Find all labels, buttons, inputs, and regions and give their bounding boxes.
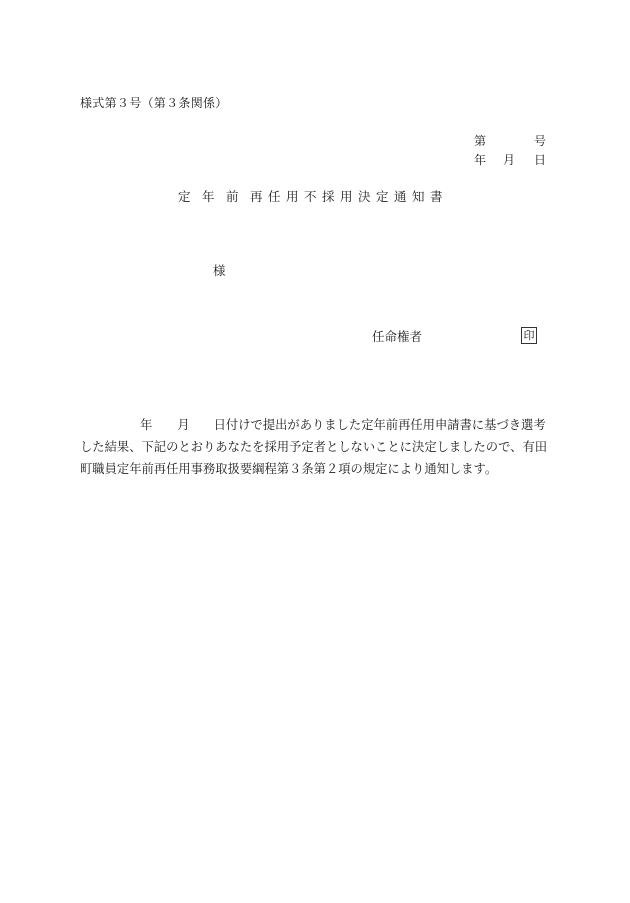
title-char: 採 xyxy=(322,191,335,204)
title-char: 年 xyxy=(202,191,215,204)
title-char: 知 xyxy=(412,191,425,204)
title-char: 任 xyxy=(268,191,281,204)
body-line-1: 年月日付けで提出がありました定年前再任用申請書に基づき選考 xyxy=(80,414,550,436)
date-year-label: 年 xyxy=(474,154,486,166)
body-year-label: 年 xyxy=(140,418,152,432)
body-month-label: 月 xyxy=(177,418,189,432)
title-char: 決 xyxy=(358,191,371,204)
form-number-label: 様式第３号（第３条関係） xyxy=(80,97,228,109)
date-month-label: 月 xyxy=(503,154,515,166)
body-line-1-text: 日付けで提出がありました定年前再任用申請書に基づき選考 xyxy=(214,418,546,432)
title-char: 定 xyxy=(376,191,389,204)
seal-icon: 印 xyxy=(521,327,537,344)
body-line-3: 町職員定年前再任用事務取扱要綱程第３条第２項の規定により通知します。 xyxy=(80,458,550,480)
appointer-label: 任命権者 xyxy=(372,331,422,344)
title-char: 用 xyxy=(286,191,299,204)
title-char: 通 xyxy=(394,191,407,204)
notice-body: 年月日付けで提出がありました定年前再任用申請書に基づき選考 した結果、下記のとお… xyxy=(80,414,550,480)
seal-glyph: 印 xyxy=(524,330,535,341)
title-char: 定 xyxy=(178,191,191,204)
document-number-suffix: 号 xyxy=(534,135,546,147)
title-char: 前 xyxy=(226,191,239,204)
document-number-prefix: 第 xyxy=(474,135,486,147)
body-line-2: した結果、下記のとおりあなたを採用予定者としないことに決定しましたので、有田 xyxy=(80,436,550,458)
date-day-label: 日 xyxy=(534,154,546,166)
title-char: 再 xyxy=(250,191,263,204)
title-char: 書 xyxy=(430,191,443,204)
title-char: 用 xyxy=(340,191,353,204)
addressee-honorific: 様 xyxy=(213,265,226,278)
title-char: 不 xyxy=(304,191,317,204)
